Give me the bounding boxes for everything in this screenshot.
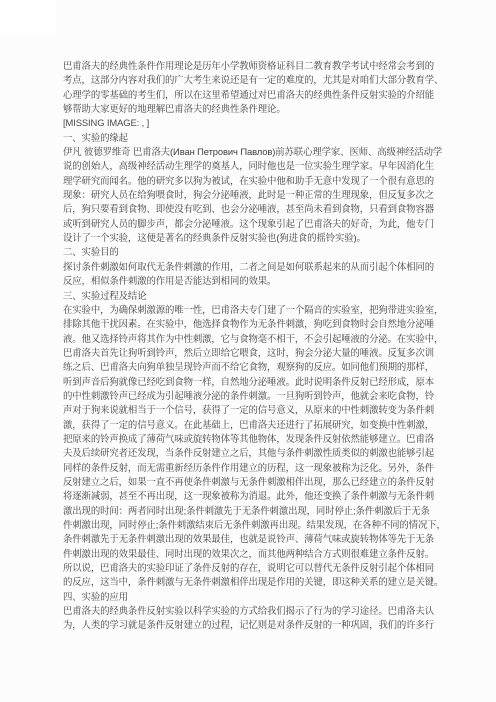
text-line: 声对于狗来说就相当于一个信号，获得了一定的信号意义，从原来的中性刺激转变为条件刺 <box>63 403 439 417</box>
text-line: 把原来的铃声换成了薄荷气味或旋转物体等其他物体，发现条件反射依然能够建立。巴甫洛 <box>63 432 439 446</box>
section-heading-purpose: 二、实验目的 <box>63 245 439 259</box>
text-line: 探讨条件刺激如何取代无条件刺激的作用，二者之间是如何联系起来的从而引起个体相同的 <box>63 260 439 274</box>
text-line: 在实验中，为确保刺激源的唯一性，巴甫洛夫专门建了一个隔音的实验室，把狗带进实验室… <box>63 303 439 317</box>
text-line: 听到声音后狗就像已经吃到食物一样，自然地分泌唾液。此时说明条件反射已经形成，原本 <box>63 375 439 389</box>
text-line: 同样的条件反射，而无需重新经历条件作用建立的历程，这一现象被称为泛化。另外，条件 <box>63 461 439 475</box>
text-line: 夫及后续研究者还发现，当条件反射建立之后，其他与条件刺激性质类似的刺激也能够引起 <box>63 446 439 460</box>
text-line: 条件刺激先于无条件刺激出现的效果最佳，也就是说铃声、薄荷气味或旋转物体等先于无条 <box>63 532 439 546</box>
text-line: 后，狗只要看到食物、即使没有吃到、也会分泌唾液，甚至尚未看到食物，只看到食物容器 <box>63 202 439 216</box>
section-heading-process: 三、实验过程及结论 <box>63 289 439 303</box>
section-heading-origin: 一、实验的缘起 <box>63 131 439 145</box>
text-line: 伊凡 彼德罗维奇 巴甫洛夫(Иван Петрович Павлов)前苏联心理… <box>63 145 439 159</box>
intro-line: 心理学的零基础的考生们，所以在这里希望通过对巴甫洛夫的经典性条件反射实验的介绍能 <box>63 88 439 102</box>
text-line: 激出现的时间：两者同时出现;条件刺激先于无条件刺激出现，同时停止;条件刺激后于无… <box>63 504 439 518</box>
text-line: 件刺激出现的效果最佳、同时出现的效果次之，而其他两种结合方式则很难建立条件反射。 <box>63 547 439 561</box>
text-line: 巴甫洛夫的经典条件反射实验以科学实验的方式给我们揭示了行为的学习途径。巴甫洛夫认 <box>63 604 439 618</box>
text-line: 排除其他干扰因素。在实验中，他选择食物作为无条件刺激，狗吃到食物时会自然地分泌唾 <box>63 317 439 331</box>
text-line: 说的创始人，高级神经活动生理学的奠基人，同时他也是一位实验生理学家。早年因消化生 <box>63 159 439 173</box>
text-line: 为，人类的学习就是条件反射建立的过程，记忆则是对条件反射的一种巩固，我们的许多行 <box>63 618 439 632</box>
article-body: 巴甫洛夫的经典性条件作用理论是历年小学教师资格证科目二教育教学考试中经常会考到的… <box>63 59 439 633</box>
intro-line: 巴甫洛夫的经典性条件作用理论是历年小学教师资格证科目二教育教学考试中经常会考到的 <box>63 59 439 73</box>
page-corner-highlight <box>0 0 56 34</box>
text-line: 件刺激出现，同时停止;条件刺激结束后无条件刺激再出现。结果发现，在各种不同的情况… <box>63 518 439 532</box>
text-line: 反射建立之后，如果一直不再使条件刺激与无条件刺激相伴出现，那么已经建立的条件反射 <box>63 475 439 489</box>
text-line: 反应，相似条件刺激的作用是否能达到相同的效果。 <box>63 274 439 288</box>
text-line: 的反应，这当中，条件刺激与无条件刺激相伴出现是作用的关键，即这种关系的建立是关键… <box>63 575 439 589</box>
missing-image-placeholder: [MISSING IMAGE: , ] <box>63 116 439 130</box>
document-page: 巴甫洛夫的经典性条件作用理论是历年小学教师资格证科目二教育教学考试中经常会考到的… <box>0 0 496 702</box>
intro-line: 够帮助大家更好的地理解巴甫洛夫的经典性条件理论。 <box>63 102 439 116</box>
text-line: 将逐渐减弱，甚至不再出现，这一现象被称为消退。此外，他还变换了条件刺激与无条件刺 <box>63 489 439 503</box>
text-line: 现象：研究人员在给狗喂食时，狗会分泌唾液，此时是一种正常的生理现象，但反复多次之 <box>63 188 439 202</box>
text-line: 的中性刺激铃声已经成为引起唾液分泌的条件刺激。一旦狗听到铃声，他就会来吃食物，铃 <box>63 389 439 403</box>
text-line: 激，获得了一定的信号意义。在此基础上，巴甫洛夫还进行了拓展研究，如变换中性刺激， <box>63 418 439 432</box>
text-line: 设计了一个实验，这便是著名的经典条件反射实验也(狗进食的摇铃实验)。 <box>63 231 439 245</box>
text-line: 或听到研究人员的脚步声，都会分泌唾液。这个现象引起了巴甫洛夫的好奇，为此，他专门 <box>63 217 439 231</box>
intro-line: 考点，这部分内容对我们的广大考生来说还是有一定的难度的，尤其是对咱们大部分教育学… <box>63 73 439 87</box>
text-line: 液。他又选择铃声将其作为中性刺激，它与食物毫不相干，不会引起唾液的分泌。在实验中… <box>63 332 439 346</box>
text-line: 理学研究而闻名。他的研究多以狗为被试，在实验中他和助手无意中发现了一个很有意思的 <box>63 174 439 188</box>
text-line: 练之后、巴甫洛夫向狗单独呈现铃声而不给它食物，观察狗的反应。如同他们预期的那样， <box>63 360 439 374</box>
text-line: 巴甫洛夫首先让狗听到铃声，然后立即给它喂食，这时，狗会分泌大量的唾液。反复多次训 <box>63 346 439 360</box>
section-heading-application: 四、实验的应用 <box>63 590 439 604</box>
text-line: 所以说，巴甫洛夫的实验印证了条件反射的存在，说明它可以替代无条件反射引起个体相同 <box>63 561 439 575</box>
